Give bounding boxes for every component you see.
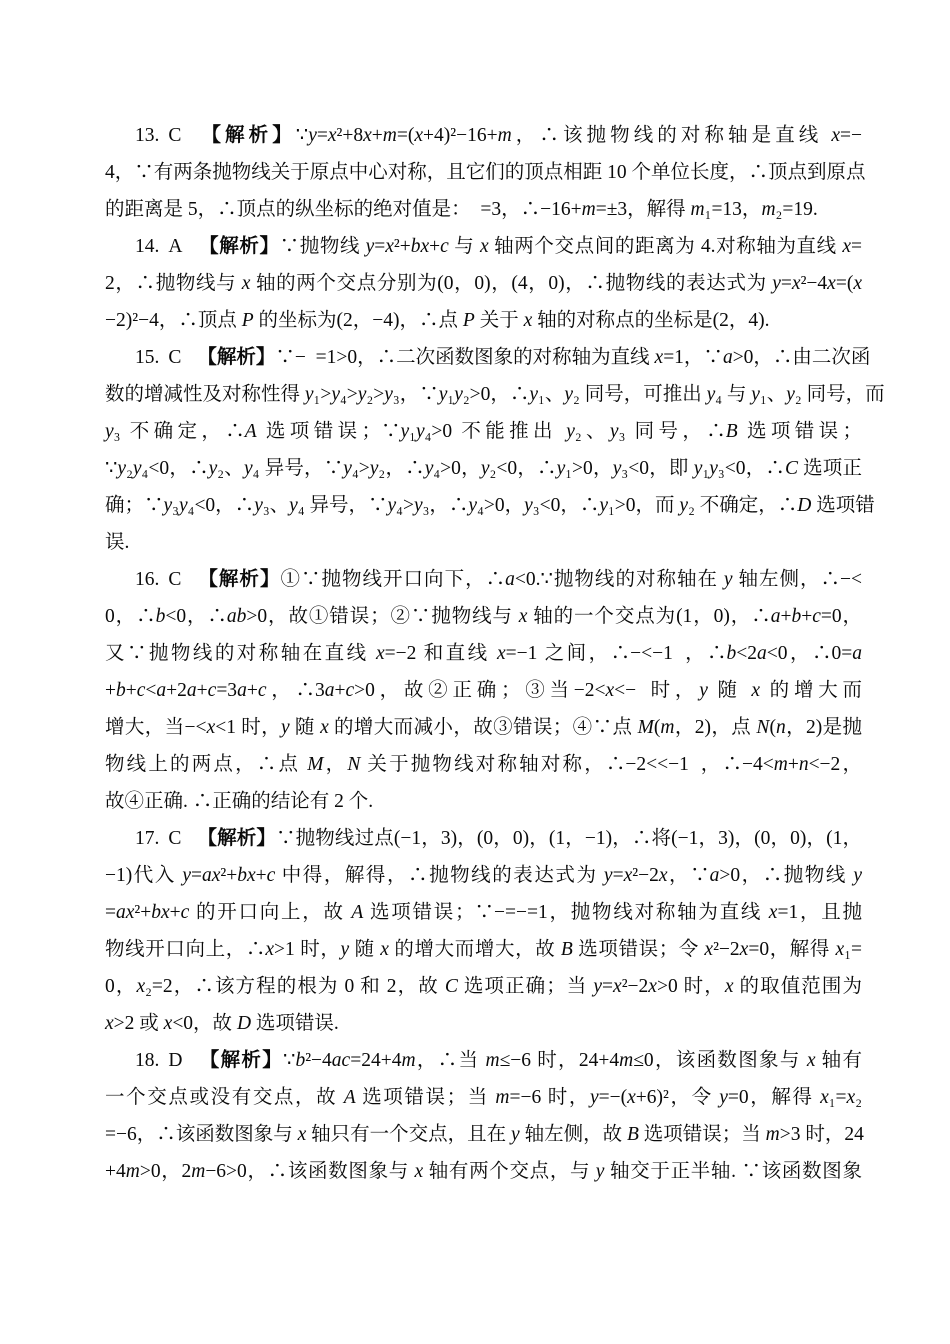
analysis-label: 【解析】 <box>197 568 280 590</box>
solution-text: ∵b²−4ac=24+4m，∴当 m≤−6 时，24+4m≤0，该函数图象与 x… <box>283 1050 862 1071</box>
solution-line: 物线上的两点，∴点 M，N 关于抛物线对称轴对称，∴−2<<−1 ，∴−4<m+… <box>105 746 862 783</box>
solution-text: ∵y=x²+8x+m=(x+4)²−16+m，∴该抛物线的对称轴是直线 x=− <box>296 125 862 146</box>
problem-17-number: 17. <box>135 828 159 849</box>
solution-line: 2，∴抛物线与 x 轴的两个交点分别为(0，0)，(4，0)，∴抛物线的表达式为… <box>105 265 862 302</box>
solution-line: 的距离是 5，∴顶点的纵坐标的绝对值是： =3，∴−16+m=±3，解得 m₁=… <box>105 191 862 228</box>
answer-key-page: 13.C【解析】∵y=x²+8x+m=(x+4)²−16+m，∴该抛物线的对称轴… <box>0 0 950 1344</box>
problem-solution-16: 16.C【解析】①∵抛物线开口向下，∴a<0.∵抛物线的对称轴在 y 轴左侧，∴… <box>105 561 862 820</box>
solution-text: ∵抛物线过点(−1，3)，(0，0)，(1，−1)，∴将(−1，3)，(0，0)… <box>276 828 862 849</box>
solution-line: 0，∴b<0，∴ab>0，故①错误；②∵抛物线与 x 轴的一个交点为(1，0)，… <box>105 598 862 635</box>
solution-line: =ax²+bx+c 的开口向上，故 A 选项错误；∵−=−=1，抛物线对称轴为直… <box>105 894 862 931</box>
problem-solution-17: 17.C【解析】∵抛物线过点(−1，3)，(0，0)，(1，−1)，∴将(−1，… <box>105 820 862 1042</box>
problem-solution-18: 18.D【解析】∵b²−4ac=24+4m，∴当 m≤−6 时，24+4m≤0，… <box>105 1042 862 1190</box>
problem-14-answer: A <box>168 236 182 257</box>
solution-text: ①∵抛物线开口向下，∴a<0.∵抛物线的对称轴在 y 轴左侧，∴−< <box>280 569 862 590</box>
analysis-label: 【解析】 <box>197 827 276 849</box>
solution-line: 误. <box>105 524 862 561</box>
solution-line: −1)代入 y=ax²+bx+c 中得，解得，∴抛物线的表达式为 y=x²−2x… <box>105 857 862 894</box>
problem-solution-15: 15.C【解析】∵− =1>0，∴二次函数图象的对称轴为直线 x=1，∵a>0，… <box>105 339 862 561</box>
solution-line: 18.D【解析】∵b²−4ac=24+4m，∴当 m≤−6 时，24+4m≤0，… <box>105 1042 862 1079</box>
analysis-label: 【解析】 <box>198 1049 283 1071</box>
problem-16-number: 16. <box>135 569 159 590</box>
solution-line: +4m>0，2m−6>0，∴该函数图象与 x 轴有两个交点，与 y 轴交于正半轴… <box>105 1153 862 1190</box>
solution-line: ∵y₂y₄<0，∴y₂、y₄ 异号，∵y₄>y₂，∴y₄>0，y₂<0，∴y₁>… <box>105 450 862 487</box>
solution-line: 0，x₂=2，∴该方程的根为 0 和 2，故 C 选项正确；当 y=x²−2x>… <box>105 968 862 1005</box>
analysis-label: 【解析】 <box>198 235 279 257</box>
solution-line: 4，∵有两条抛物线关于原点中心对称，且它们的顶点相距 10 个单位长度，∴顶点到… <box>105 154 862 191</box>
problem-18-answer: D <box>168 1050 182 1071</box>
solution-line: 物线开口向上，∴x>1 时，y 随 x 的增大而增大，故 B 选项错误；令 x²… <box>105 931 862 968</box>
problem-14-number: 14. <box>135 236 159 257</box>
solution-text: ∵抛物线 y=x²+bx+c 与 x 轴两个交点间的距离为 4.对称轴为直线 x… <box>280 236 862 257</box>
problem-17-answer: C <box>168 828 181 849</box>
solution-line: 确；∵y₃y₄<0，∴y₃、y₄ 异号，∵y₄>y₃，∴y₄>0，y₃<0，∴y… <box>105 487 862 524</box>
solution-line: y₃ 不确定，∴A 选项错误；∵y₁y₄>0 不能推出 y₂、y₃ 同号，∴B … <box>105 413 862 450</box>
problem-solution-14: 14.A【解析】∵抛物线 y=x²+bx+c 与 x 轴两个交点间的距离为 4.… <box>105 228 862 339</box>
problem-13-answer: C <box>168 125 181 146</box>
solution-line: 16.C【解析】①∵抛物线开口向下，∴a<0.∵抛物线的对称轴在 y 轴左侧，∴… <box>105 561 862 598</box>
problem-18-number: 18. <box>135 1050 159 1071</box>
problem-13-number: 13. <box>135 125 159 146</box>
solution-line: 一个交点或没有交点，故 A 选项错误；当 m=−6 时，y=−(x+6)²，令 … <box>105 1079 862 1116</box>
solution-line: 故④正确. ∴正确的结论有 2 个. <box>105 783 862 820</box>
solution-line: 数的增减性及对称性得 y₁>y₄>y₂>y₃，∵y₁y₂>0，∴y₁、y₂ 同号… <box>105 376 862 413</box>
solution-line: =−6，∴该函数图象与 x 轴只有一个交点，且在 y 轴左侧，故 B 选项错误；… <box>105 1116 862 1153</box>
problem-solution-13: 13.C【解析】∵y=x²+8x+m=(x+4)²−16+m，∴该抛物线的对称轴… <box>105 117 862 228</box>
solution-line: 又∵抛物线的对称轴在直线 x=−2 和直线 x=−1 之间，∴−<−1 ，∴b<… <box>105 635 862 672</box>
solution-line: 增大，当−<x<1 时，y 随 x 的增大而减小，故③错误；④∵点 M(m，2)… <box>105 709 862 746</box>
solution-line: 17.C【解析】∵抛物线过点(−1，3)，(0，0)，(1，−1)，∴将(−1，… <box>105 820 862 857</box>
solutions-text-block: 13.C【解析】∵y=x²+8x+m=(x+4)²−16+m，∴该抛物线的对称轴… <box>105 117 862 1190</box>
solution-line: 14.A【解析】∵抛物线 y=x²+bx+c 与 x 轴两个交点间的距离为 4.… <box>105 228 862 265</box>
problem-15-number: 15. <box>135 347 159 368</box>
solution-line: 13.C【解析】∵y=x²+8x+m=(x+4)²−16+m，∴该抛物线的对称轴… <box>105 117 862 154</box>
solution-line: x>2 或 x<0，故 D 选项错误. <box>105 1005 862 1042</box>
analysis-label: 【解析】 <box>197 124 295 146</box>
problem-16-answer: C <box>168 569 181 590</box>
solution-line: 15.C【解析】∵− =1>0，∴二次函数图象的对称轴为直线 x=1，∵a>0，… <box>105 339 862 376</box>
solution-line: −2)²−4，∴顶点 P 的坐标为(2，−4)，∴点 P 关于 x 轴的对称点的… <box>105 302 862 339</box>
analysis-label: 【解析】 <box>197 346 275 368</box>
solution-line: +b+c<a+2a+c=3a+c，∴3a+c>0，故②正确；③当−2<x<− 时… <box>105 672 862 709</box>
problem-15-answer: C <box>168 347 181 368</box>
solution-text: ∵− =1>0，∴二次函数图象的对称轴为直线 x=1，∵a>0，∴由二次函 <box>275 347 870 368</box>
